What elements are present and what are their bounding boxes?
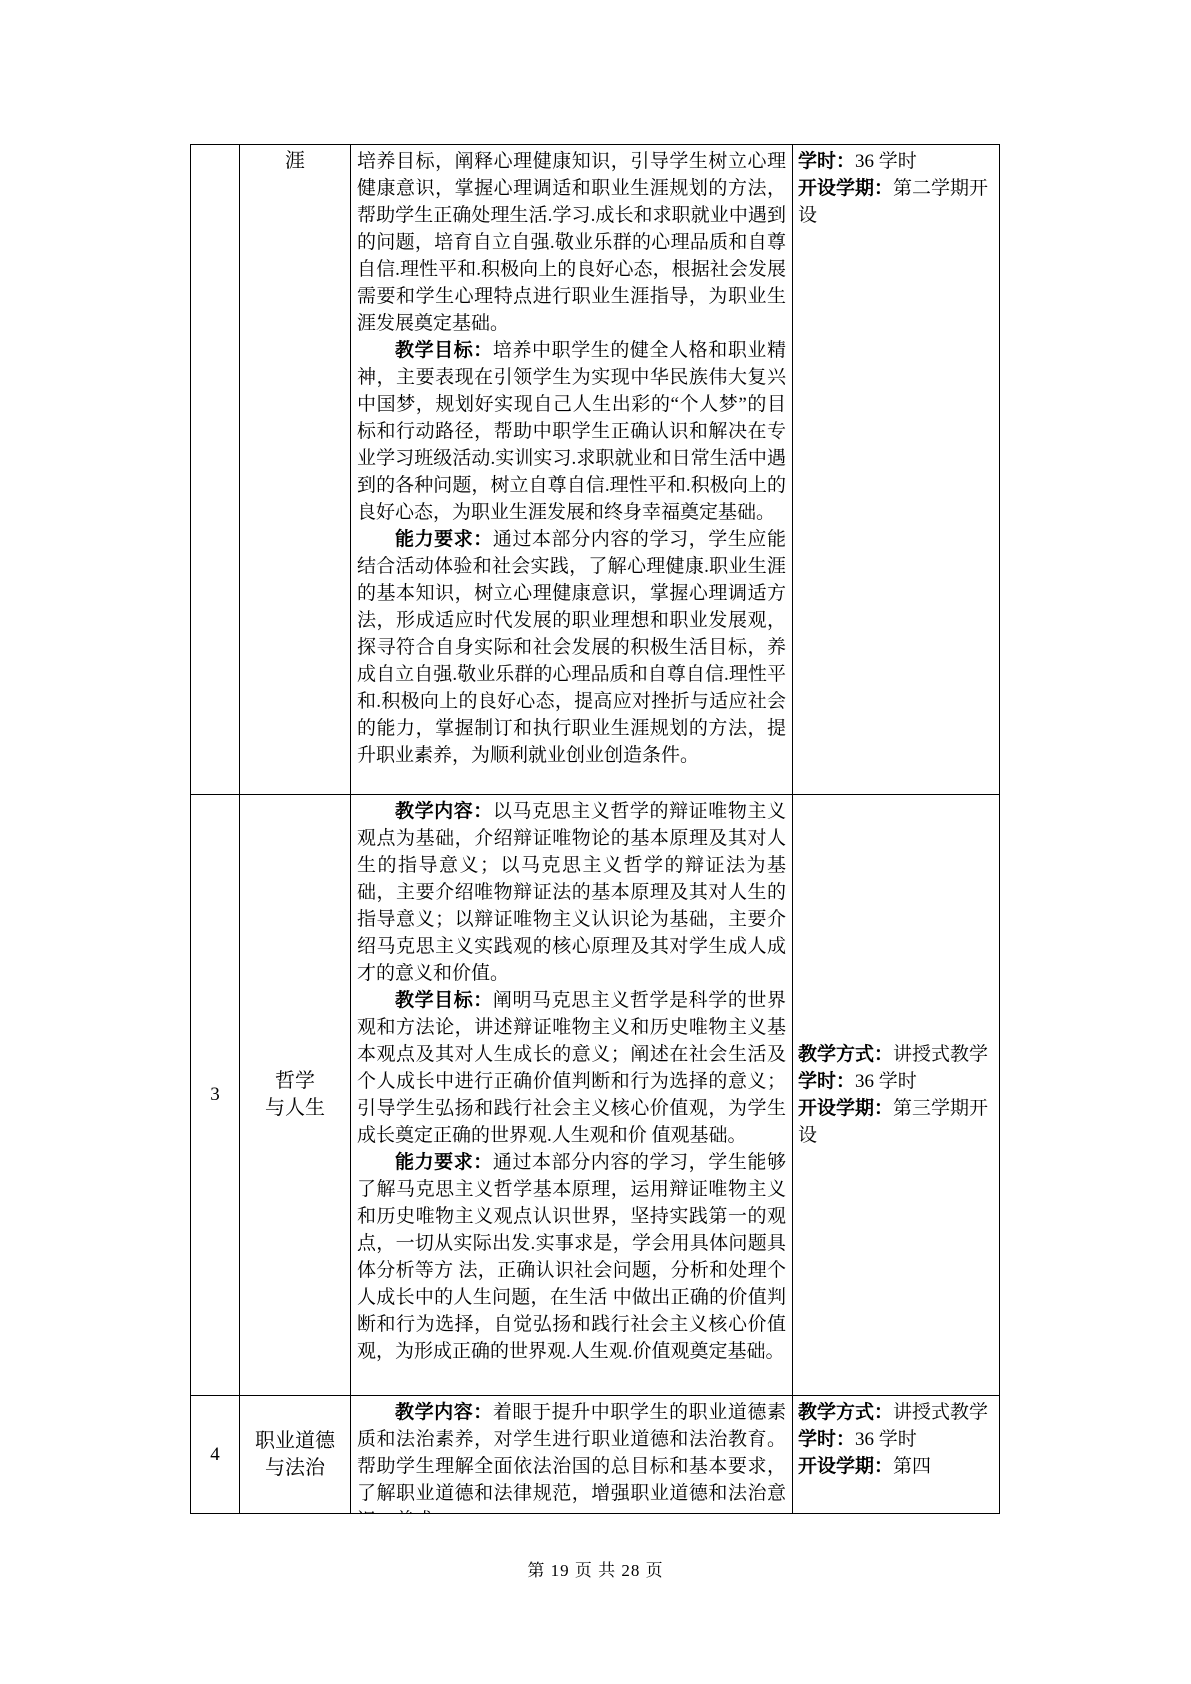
content-paragraph: 教学内容：以马克思主义哲学的辩证唯物主义观点为基础，介绍辩证唯物论的基本原理及其… [357, 798, 786, 987]
row-number-cell [191, 145, 240, 794]
section-label: 能力要求： [395, 1152, 493, 1173]
paragraph-text: 以马克思主义哲学的辩证唯物主义观点为基础，介绍辩证唯物论的基本原理及其对人生的指… [357, 801, 786, 984]
course-name-cell: 职业道德 与法治 [240, 1396, 351, 1513]
content-paragraph: 培养目标，阐释心理健康知识，引导学生树立心理健康意识，掌握心理调适和职业生涯规划… [357, 148, 786, 337]
meta-cell: 教学方式：讲授式教学 学时：36 学时 开设学期：第四 [793, 1396, 998, 1513]
meta-label: 教学方式： [798, 1044, 893, 1065]
meta-item: 开设学期：第三学期开设 [798, 1095, 993, 1149]
content-cell: 培养目标，阐释心理健康知识，引导学生树立心理健康意识，掌握心理调适和职业生涯规划… [351, 145, 793, 794]
paragraph-text: 通过本部分内容的学习，学生能够了解马克思主义哲学基本原理，运用辩证唯物主义和历史… [357, 1152, 786, 1362]
meta-item: 学时：36 学时 [798, 1426, 993, 1453]
meta-cell: 教学方式：讲授式教学 学时：36 学时 开设学期：第三学期开设 [793, 795, 998, 1395]
course-name-line: 哲学 [275, 1068, 315, 1095]
course-name-line: 职业道德 [255, 1428, 335, 1455]
content-cell: 教学内容：着眼于提升中职学生的职业道德素质和法治素养，对学生进行职业道德和法治教… [351, 1396, 793, 1513]
meta-item: 教学方式：讲授式教学 [798, 1041, 993, 1068]
row-number: 4 [210, 1444, 220, 1466]
meta-value: 讲授式教学 [893, 1402, 988, 1423]
content-paragraph: 能力要求：通过本部分内容的学习，学生能够了解马克思主义哲学基本原理，运用辩证唯物… [357, 1149, 786, 1365]
paragraph-text: 培养目标，阐释心理健康知识，引导学生树立心理健康意识，掌握心理调适和职业生涯规划… [357, 151, 786, 334]
course-name-cell: 涯 [240, 145, 351, 794]
meta-label: 开设学期： [798, 178, 893, 199]
table-row-philosophy-and-life: 3 哲学 与人生 教学内容：以马克思主义哲学的辩证唯物主义观点为基础，介绍辩证唯… [191, 795, 999, 1396]
meta-label: 学时： [798, 1071, 855, 1092]
meta-item: 教学方式：讲授式教学 [798, 1399, 993, 1426]
section-label: 教学内容： [395, 1402, 493, 1423]
meta-label: 开设学期： [798, 1456, 893, 1477]
course-name-cell: 哲学 与人生 [240, 795, 351, 1395]
meta-label: 开设学期： [798, 1098, 893, 1119]
meta-item: 开设学期：第四 [798, 1453, 993, 1480]
meta-item: 开设学期：第二学期开设 [798, 175, 993, 229]
meta-cell: 学时：36 学时 开设学期：第二学期开设 [793, 145, 998, 794]
paragraph-text: 阐明马克思主义哲学是科学的世界观和方法论，讲述辩证唯物主义和历史唯物主义基本观点… [357, 990, 786, 1146]
row-number: 3 [210, 1084, 220, 1106]
meta-label: 学时： [798, 1429, 855, 1450]
page-footer: 第 19 页 共 28 页 [0, 1556, 1191, 1581]
document-page: 涯 培养目标，阐释心理健康知识，引导学生树立心理健康意识，掌握心理调适和职业生涯… [0, 0, 1191, 1684]
section-label: 教学目标： [395, 990, 493, 1011]
course-name-line: 与法治 [265, 1455, 325, 1482]
meta-value: 36 学时 [855, 1071, 917, 1092]
row-number-cell: 4 [191, 1396, 240, 1513]
table-row-career-continuation: 涯 培养目标，阐释心理健康知识，引导学生树立心理健康意识，掌握心理调适和职业生涯… [191, 145, 999, 795]
paragraph-text: 培养中职学生的健全人格和职业精神，主要表现在引领学生为实现中华民族伟大复兴中国梦… [357, 340, 786, 523]
content-paragraph: 教学目标：培养中职学生的健全人格和职业精神，主要表现在引领学生为实现中华民族伟大… [357, 337, 786, 526]
section-label: 能力要求： [395, 529, 493, 550]
course-name-line: 涯 [285, 148, 305, 175]
content-paragraph: 教学内容：着眼于提升中职学生的职业道德素质和法治素养，对学生进行职业道德和法治教… [357, 1399, 786, 1513]
curriculum-table: 涯 培养目标，阐释心理健康知识，引导学生树立心理健康意识，掌握心理调适和职业生涯… [190, 144, 1000, 1514]
row-number-cell: 3 [191, 795, 240, 1395]
paragraph-text: 通过本部分内容的学习，学生应能结合活动体验和社会实践，了解心理健康.职业生涯的基… [357, 529, 786, 766]
meta-value: 36 学时 [855, 151, 917, 172]
meta-value: 36 学时 [855, 1429, 917, 1450]
table-row-ethics-and-law: 4 职业道德 与法治 教学内容：着眼于提升中职学生的职业道德素质和法治素养，对学… [191, 1396, 999, 1513]
meta-label: 学时： [798, 151, 855, 172]
meta-label: 教学方式： [798, 1402, 893, 1423]
meta-value: 讲授式教学 [893, 1044, 988, 1065]
meta-value: 第四 [893, 1456, 931, 1477]
section-label: 教学目标： [395, 340, 493, 361]
meta-item: 学时：36 学时 [798, 1068, 993, 1095]
content-paragraph: 能力要求：通过本部分内容的学习，学生应能结合活动体验和社会实践，了解心理健康.职… [357, 526, 786, 769]
meta-item: 学时：36 学时 [798, 148, 993, 175]
content-paragraph: 教学目标：阐明马克思主义哲学是科学的世界观和方法论，讲述辩证唯物主义和历史唯物主… [357, 987, 786, 1149]
course-name-line: 与人生 [265, 1095, 325, 1122]
content-cell: 教学内容：以马克思主义哲学的辩证唯物主义观点为基础，介绍辩证唯物论的基本原理及其… [351, 795, 793, 1395]
section-label: 教学内容： [395, 801, 493, 822]
